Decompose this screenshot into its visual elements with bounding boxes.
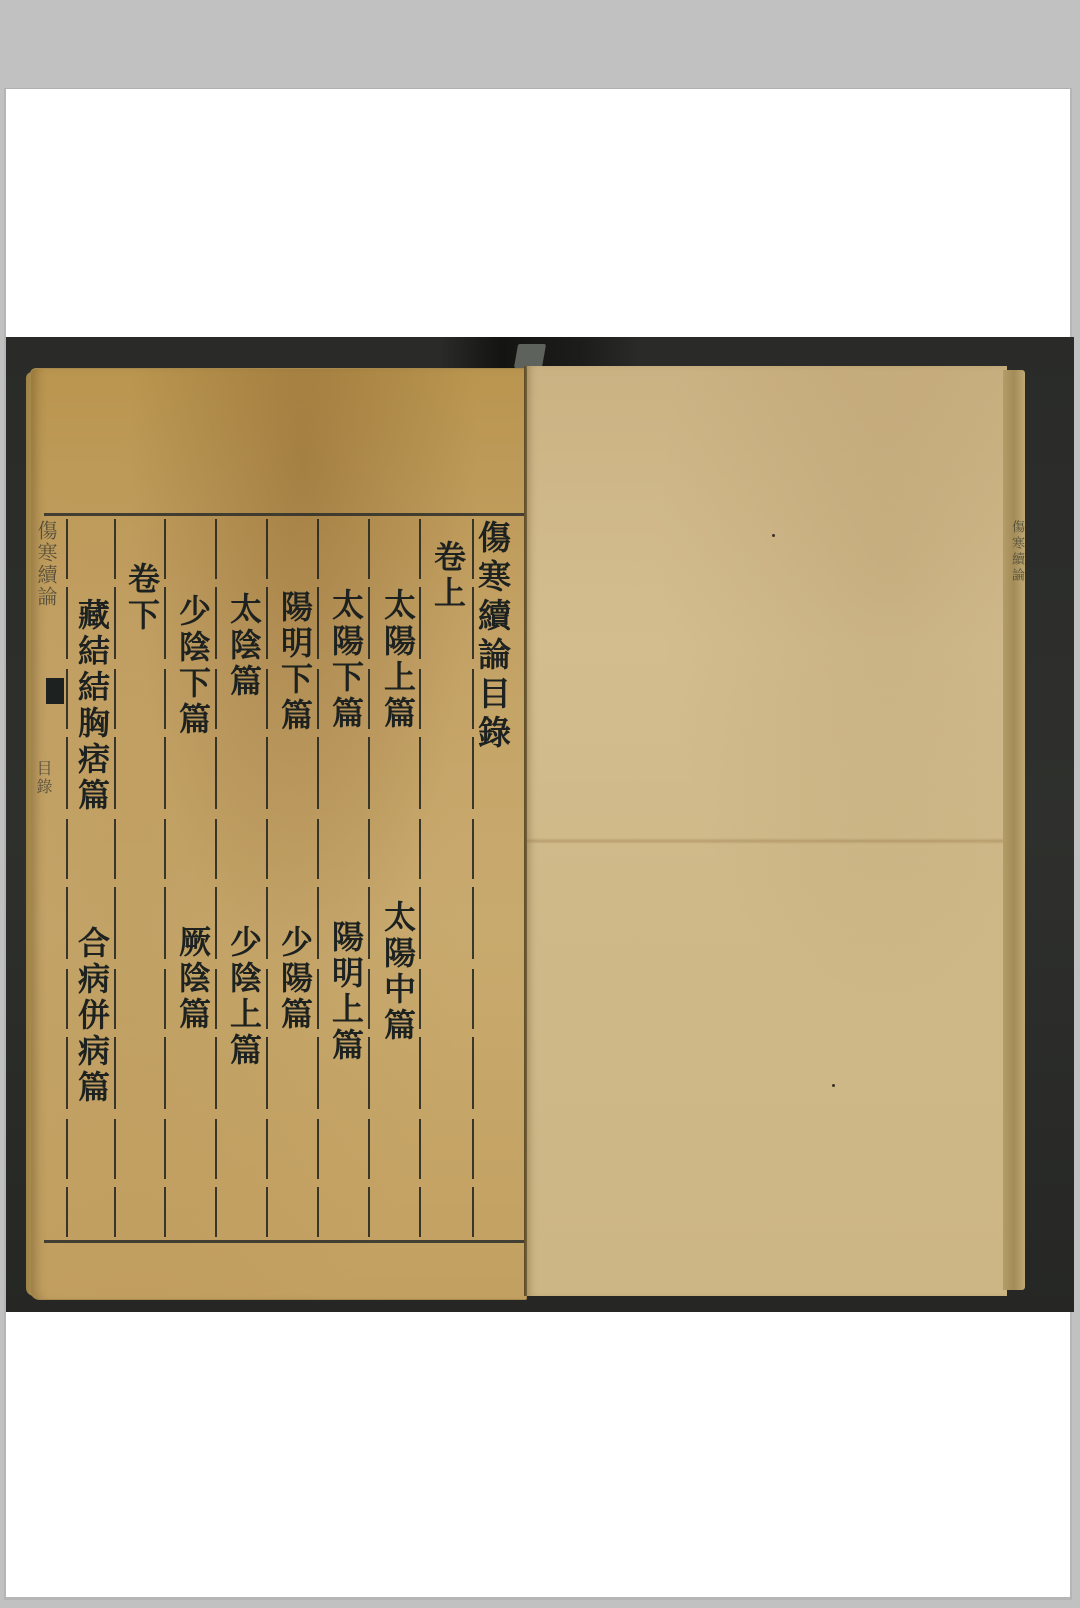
right-page-stack-edge — [1003, 370, 1025, 1290]
toc-volume-heading: 卷下 — [122, 562, 162, 634]
frame-bottom-rule — [44, 1240, 528, 1243]
toc-entry: 陽明上篇 — [326, 920, 366, 1064]
toc-entry: 太陽上篇 — [378, 588, 418, 732]
toc-entry: 太陽下篇 — [326, 588, 366, 732]
right-page-fold-crease — [527, 838, 1007, 844]
column-rule — [164, 519, 166, 1237]
column-rule — [114, 519, 116, 1237]
paper-speck — [772, 534, 775, 537]
toc-entry: 藏結結胸痞篇 — [72, 598, 112, 814]
toc-entry: 陽明下篇 — [275, 590, 315, 734]
column-rule — [215, 519, 217, 1237]
column-rule — [317, 519, 319, 1237]
toc-entry: 少陰下篇 — [173, 594, 213, 738]
binding-thread — [514, 344, 546, 368]
column-rule — [419, 519, 421, 1237]
viewer-top-bar — [0, 0, 1080, 88]
toc-volume-heading: 卷上 — [428, 540, 468, 612]
toc-entry: 太陰篇 — [224, 592, 264, 700]
toc-title: 傷寒續論目錄 — [472, 520, 512, 754]
toc-entry: 少陽篇 — [275, 925, 315, 1033]
column-rule — [266, 519, 268, 1237]
toc-entry: 厥陰篇 — [173, 925, 213, 1033]
column-rule — [368, 519, 370, 1237]
right-edge-bleed-text: 傷寒續論 — [1007, 520, 1026, 584]
toc-entry: 少陰上篇 — [224, 925, 264, 1069]
toc-entry: 太陽中篇 — [378, 900, 418, 1044]
column-rule — [66, 519, 68, 1237]
right-page-blank — [527, 366, 1007, 1296]
paper-speck — [832, 1084, 835, 1087]
toc-entry: 合病併病篇 — [72, 926, 112, 1106]
frame-top-rule — [44, 513, 528, 516]
